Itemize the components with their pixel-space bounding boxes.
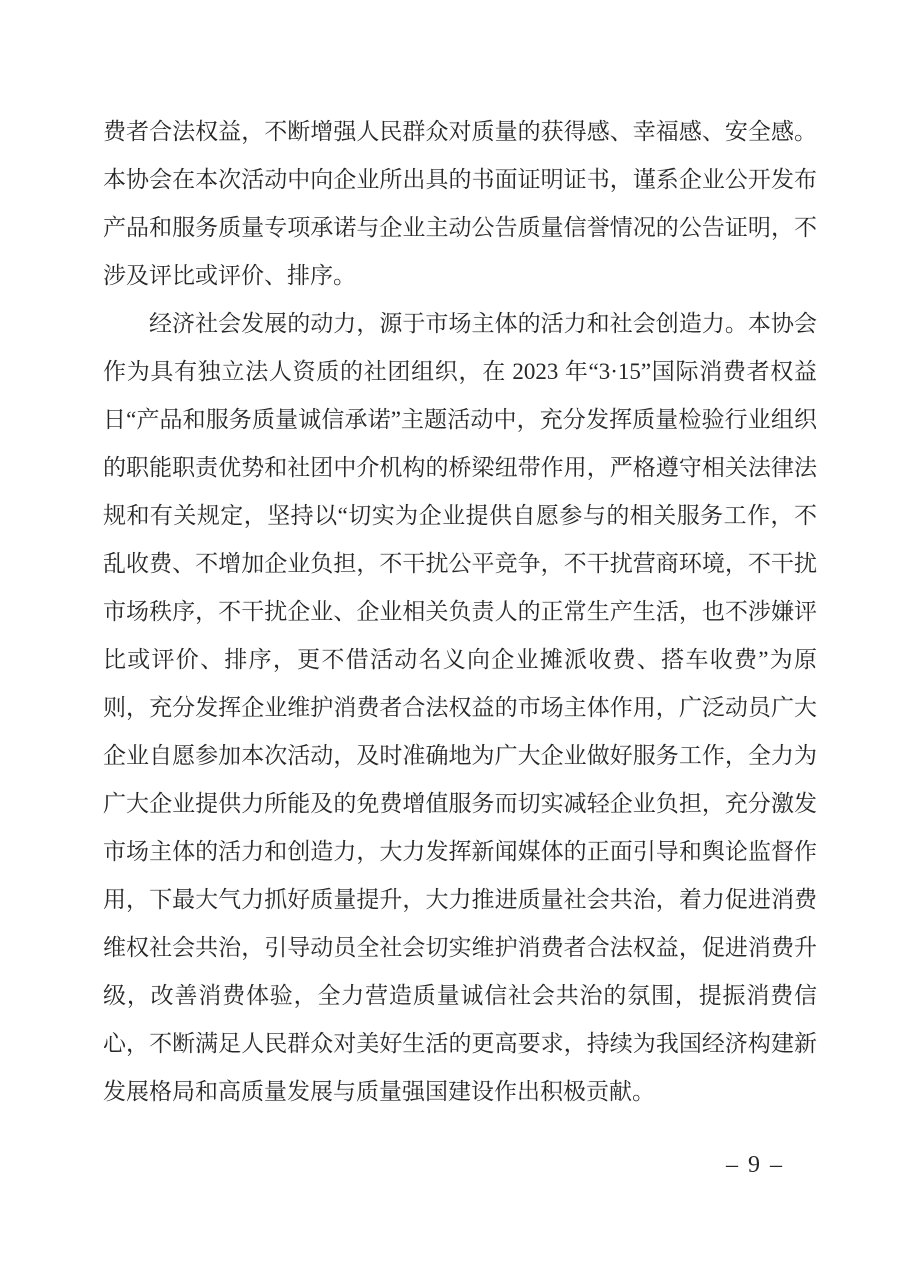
paragraph-continuation: 费者合法权益，不断增强人民群众对质量的获得感、幸福感、安全感。本协会在本次活动中… [103,108,817,300]
body-text: 费者合法权益，不断增强人民群众对质量的获得感、幸福感、安全感。本协会在本次活动中… [103,108,817,1116]
paragraph-main: 经济社会发展的动力，源于市场主体的活力和社会创造力。本协会作为具有独立法人资质的… [103,300,817,1116]
document-page: 费者合法权益，不断增强人民群众对质量的获得感、幸福感、安全感。本协会在本次活动中… [0,0,900,1273]
page-number: – 9 – [726,1150,784,1180]
